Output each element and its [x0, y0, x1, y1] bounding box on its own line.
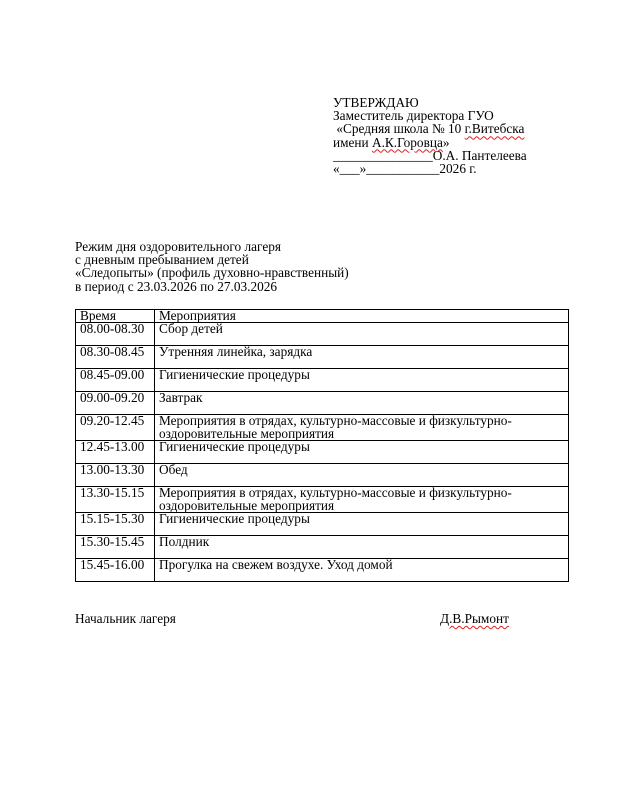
table-row: 15.30-15.45Полдник — [76, 536, 569, 559]
activity-cell: Завтрак — [155, 392, 569, 415]
activity-cell: Гигиенические процедуры — [155, 513, 569, 536]
heading-line-3: «Следопыты» (профиль духовно-нравственны… — [75, 266, 475, 279]
activity-cell: Мероприятия в отрядах, культурно-массовы… — [155, 487, 569, 513]
time-cell: 08.30-08.45 — [76, 346, 155, 369]
table-row: 13.00-13.30Обед — [76, 464, 569, 487]
school-city: г.Витебска — [465, 121, 525, 136]
table-row: 09.20-12.45Мероприятия в отрядах, культу… — [76, 415, 569, 441]
time-cell: 13.30-15.15 — [76, 487, 155, 513]
approval-date-line: «___»___________2026 г. — [333, 162, 593, 175]
table-row: 15.45-16.00Прогулка на свежем воздухе. У… — [76, 559, 569, 582]
time-cell: 08.00-08.30 — [76, 323, 155, 346]
signature-name-text: Д.В.Рымонт — [440, 611, 509, 626]
activity-cell: Утренняя линейка, зарядка — [155, 346, 569, 369]
activity-cell: Мероприятия в отрядах, культурно-массовы… — [155, 415, 569, 441]
table-header-row: Время Мероприятия — [76, 310, 569, 323]
table-row: 09.00-09.20Завтрак — [76, 392, 569, 415]
signature-role: Начальник лагеря — [75, 612, 176, 625]
time-cell: 09.00-09.20 — [76, 392, 155, 415]
activity-cell: Прогулка на свежем воздухе. Уход домой — [155, 559, 569, 582]
approval-block: УТВЕРЖДАЮ Заместитель директора ГУО «Сре… — [333, 96, 593, 175]
schedule-table: Время Мероприятия 08.00-08.30Сбор детей0… — [75, 309, 569, 582]
time-cell: 12.45-13.00 — [76, 441, 155, 464]
activity-cell: Полдник — [155, 536, 569, 559]
time-cell: 15.30-15.45 — [76, 536, 155, 559]
time-cell: 15.45-16.00 — [76, 559, 155, 582]
activity-cell: Обед — [155, 464, 569, 487]
table-row: 08.45-09.00Гигиенические процедуры — [76, 369, 569, 392]
time-cell: 13.00-13.30 — [76, 464, 155, 487]
table-row: 08.30-08.45Утренняя линейка, зарядка — [76, 346, 569, 369]
approval-school-named: имени А.К.Горовца» — [333, 136, 593, 149]
activity-cell: Гигиенические процедуры — [155, 369, 569, 392]
table-row: 15.15-15.30Гигиенические процедуры — [76, 513, 569, 536]
table-row: 12.45-13.00Гигиенические процедуры — [76, 441, 569, 464]
activity-cell: Сбор детей — [155, 323, 569, 346]
time-cell: 15.15-15.30 — [76, 513, 155, 536]
signature-name: Д.В.Рымонт — [440, 612, 509, 625]
table-row: 13.30-15.15Мероприятия в отрядах, культу… — [76, 487, 569, 513]
table-row: 08.00-08.30Сбор детей — [76, 323, 569, 346]
heading-line-4: в период с 23.03.2026 по 27.03.2026 — [75, 280, 475, 293]
document-heading: Режим дня оздоровительного лагеря с днев… — [75, 240, 475, 293]
time-cell: 09.20-12.45 — [76, 415, 155, 441]
time-cell: 08.45-09.00 — [76, 369, 155, 392]
activity-cell: Гигиенические процедуры — [155, 441, 569, 464]
